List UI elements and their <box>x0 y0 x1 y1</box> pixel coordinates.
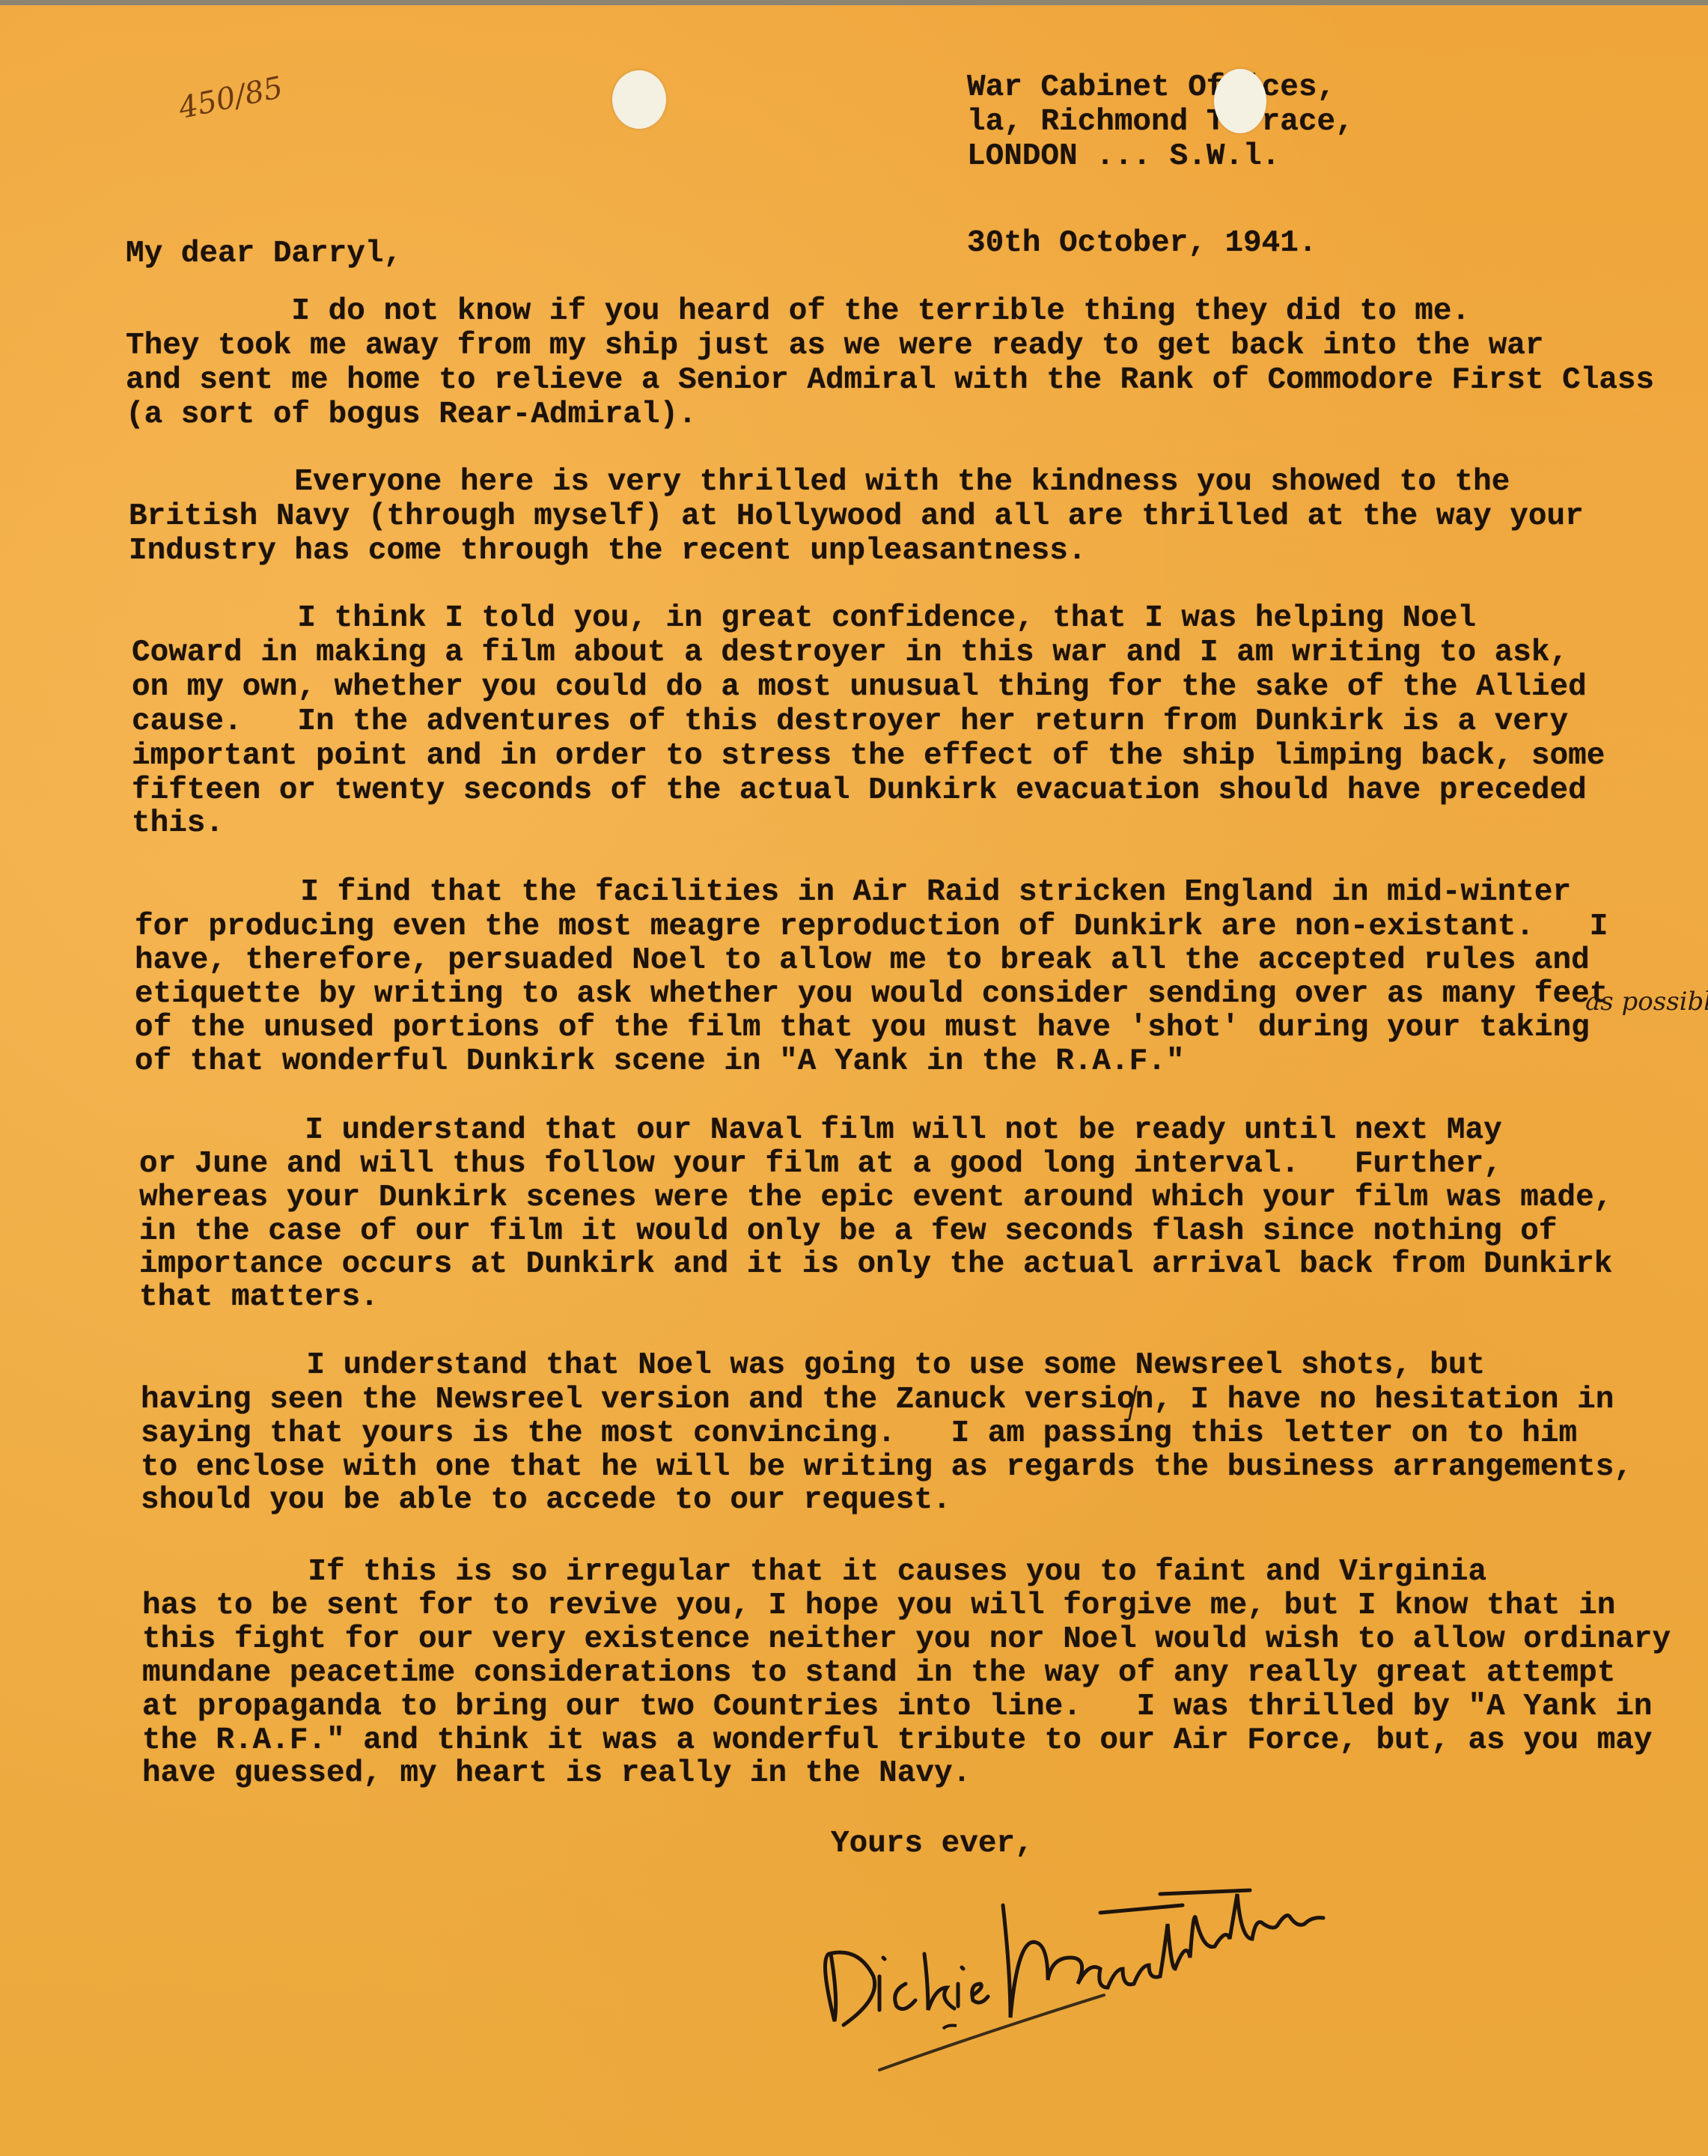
body-line: mundane peacetime considerations to stan… <box>142 1656 1615 1690</box>
body-line: in the case of our film it would only be… <box>139 1214 1558 1249</box>
body-line: the R.A.F." and think it was a wonderful… <box>142 1723 1653 1758</box>
signature: Dickie Mountbatten <box>808 1872 1407 2096</box>
letter-page: 450/85 War Cabinet Offices, la, Richmond… <box>0 0 1708 2156</box>
body-line: for producing even the most meagre repro… <box>135 910 1608 944</box>
punch-hole-right <box>1214 69 1266 133</box>
body-line: They took me away from my ship just as w… <box>126 329 1544 363</box>
salutation: My dear Darryl, <box>126 237 402 271</box>
body-line: at propaganda to bring our two Countries… <box>142 1690 1653 1724</box>
body-line: this fight for our very existence neithe… <box>142 1622 1671 1657</box>
pencil-reference-number: 450/85 <box>176 70 286 126</box>
body-line: importance occurs at Dunkirk and it is o… <box>139 1247 1612 1282</box>
body-line: Coward in making a film about a destroye… <box>132 636 1568 670</box>
body-line: (a sort of bogus Rear-Admiral). <box>126 398 697 432</box>
body-line: etiquette by writing to ask whether you … <box>135 977 1608 1011</box>
scan-edge <box>0 0 1708 5</box>
body-line: of that wonderful Dunkirk scene in "A Ya… <box>135 1044 1184 1079</box>
body-line: have, therefore, persuaded Noel to allow… <box>135 943 1590 978</box>
body-line: British Navy (through myself) at Hollywo… <box>129 499 1584 534</box>
handwritten-insertion: as possible <box>1585 987 1708 1017</box>
body-line: this. <box>132 806 224 841</box>
body-line: I do not know if you heard of the terrib… <box>126 294 1470 329</box>
body-line: I understand that Noel was going to use … <box>141 1348 1485 1383</box>
body-line: have guessed, my heart is really in the … <box>142 1756 971 1791</box>
letterhead-line-1: War Cabinet Offices, <box>967 70 1335 105</box>
body-line: cause. In the adventures of this destroy… <box>132 704 1568 739</box>
body-line: that matters. <box>139 1280 379 1315</box>
body-line: and sent me home to relieve a Senior Adm… <box>126 363 1654 398</box>
body-line: I think I told you, in great confidence,… <box>132 601 1476 636</box>
body-line: Industry has come through the recent unp… <box>129 534 1086 568</box>
body-line: I find that the facilities in Air Raid s… <box>135 875 1571 910</box>
letter-date: 30th October, 1941. <box>967 226 1317 261</box>
letterhead-line-2: la, Richmond Terrace, <box>967 105 1354 139</box>
punch-hole-left <box>612 70 666 129</box>
body-line: If this is so irregular that it causes y… <box>142 1555 1486 1589</box>
body-line: Everyone here is very thrilled with the … <box>129 465 1510 499</box>
body-line: whereas your Dunkirk scenes were the epi… <box>139 1181 1612 1215</box>
body-line: has to be sent for to revive you, I hope… <box>142 1589 1615 1623</box>
body-line: of the unused portions of the film that … <box>135 1011 1590 1045</box>
closing: Yours ever, <box>831 1827 1034 1861</box>
letterhead-line-3: LONDON ... S.W.l. <box>967 139 1280 174</box>
body-line: I understand that our Naval film will no… <box>139 1113 1502 1148</box>
body-line: important point and in order to stress t… <box>132 739 1605 773</box>
body-line: having seen the Newsreel version and the… <box>141 1383 1614 1417</box>
body-line: fifteen or twenty seconds of the actual … <box>132 773 1587 808</box>
body-line: or June and will thus follow your film a… <box>139 1147 1502 1181</box>
body-line: to enclose with one that he will be writ… <box>141 1450 1632 1484</box>
body-line: saying that yours is the most convincing… <box>141 1416 1577 1451</box>
body-line: on my own, whether you could do a most u… <box>132 670 1587 704</box>
body-line: should you be able to accede to our requ… <box>141 1483 951 1517</box>
